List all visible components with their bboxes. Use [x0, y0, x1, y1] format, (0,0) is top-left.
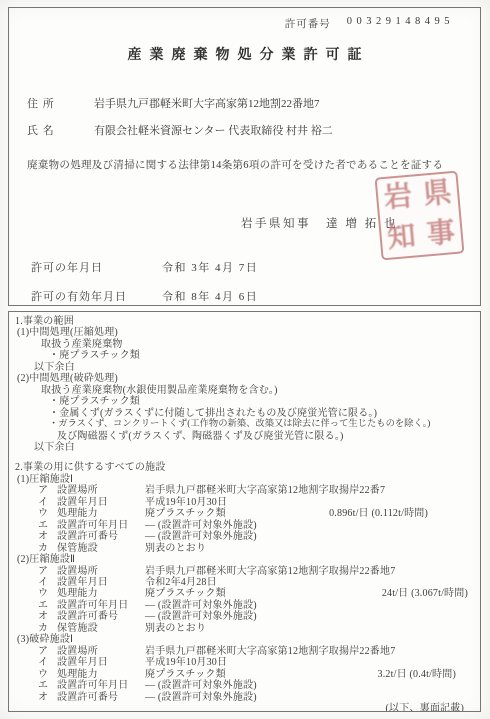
permit-number-row: 許可番号 00329148495: [285, 16, 454, 31]
scope-heading: 1.事業の範囲: [15, 316, 474, 327]
scope-line: 以下余白: [15, 362, 474, 373]
facility-row: ウ 処理能力 廃プラスチック類 0.896t/日 (0.112t/時間): [15, 508, 474, 519]
row-label: 設置年月日: [57, 577, 145, 588]
row-value: ― (設置許可対象外施設): [145, 692, 257, 703]
row-key: ア: [38, 566, 57, 577]
facility-row: ア 設置場所 岩手県九戸郡軽米町大字高家第12地割字取揚岸22番7: [15, 485, 474, 496]
row-key: ウ: [38, 508, 57, 519]
facility-row: ア 設置場所 岩手県九戸郡軽米町大字高家第12地割字取揚岸22番地7: [15, 646, 474, 657]
issuer-row: 岩手県知事 達 増 拓 也: [241, 215, 398, 231]
permit-number-value: 00329148495: [347, 16, 454, 31]
row-key: イ: [38, 497, 57, 508]
name-value: 有限会社軽米資源センター 代表取締役 村井 裕二: [94, 122, 333, 138]
scope-line: (2)中間処理(破砕処理): [15, 373, 474, 384]
row-key: オ: [38, 531, 57, 542]
row-label: 保管施設: [57, 623, 145, 634]
row-value: 岩手県九戸郡軽米町大字高家第12地割字取揚岸22番地7: [145, 566, 395, 577]
row-value: 別表のとおり: [145, 623, 206, 634]
row-value: ― (設置許可対象外施設): [145, 680, 257, 691]
row-label: 設置許可番号: [57, 692, 145, 703]
governor-seal-stamp: 岩 県 知 事: [375, 171, 465, 261]
row-label: 設置許可番号: [57, 531, 145, 542]
row-key: エ: [38, 520, 57, 531]
expiry-date-row: 許可の有効年月日 令和 8年 4月 6日: [31, 288, 258, 304]
facility-row: イ 設置年月日 令和2年4月28日: [15, 577, 474, 588]
scope-line: 以下余白: [15, 442, 474, 453]
expiry-date-value: 令和 8年 4月 6日: [162, 288, 258, 304]
certificate-panel: 許可番号 00329148495 産業廃棄物処分業許可証 住 所 岩手県九戸郡軽…: [8, 7, 481, 306]
row-key: エ: [38, 680, 57, 691]
row-value: 廃プラスチック類: [145, 508, 226, 519]
row-value: 岩手県九戸郡軽米町大字高家第12地割字取揚岸22番7: [145, 485, 385, 496]
row-label: 設置許可年月日: [57, 520, 145, 531]
row-value: 令和2年4月28日: [145, 577, 217, 588]
row-key: イ: [38, 657, 57, 668]
row-key: ウ: [38, 588, 57, 599]
row-key: エ: [38, 600, 57, 611]
name-label: 氏 名: [27, 122, 94, 138]
grant-date-label: 許可の年月日: [31, 259, 162, 275]
row-key: カ: [38, 623, 57, 634]
facility-title: (2)圧縮施設Ⅱ: [15, 554, 474, 565]
scope-line: (1)中間処理(圧縮処理): [15, 327, 474, 338]
facility-row: オ 設置許可番号 ― (設置許可対象外施設): [15, 531, 474, 542]
grant-date-row: 許可の年月日 令和 3年 4月 7日: [31, 259, 258, 275]
scope-line: 取扱う産業廃棄物: [15, 339, 474, 350]
scope-line: 及び陶磁器くず(ガラスくず、陶磁器くず及び廃蛍光管に限る。): [15, 431, 474, 442]
row-value: ― (設置許可対象外施設): [145, 520, 257, 531]
facility-row: カ 保管施設 別表のとおり: [15, 543, 474, 554]
row-key: オ: [38, 611, 57, 622]
scope-line: ・廃プラスチック類: [15, 350, 474, 361]
row-label: 処理能力: [57, 669, 145, 680]
facility-row: カ 保管施設 別表のとおり: [15, 623, 474, 634]
row-label: 設置場所: [57, 485, 145, 496]
row-value: 平成19年10月30日: [145, 497, 227, 508]
row-value: ― (設置許可対象外施設): [145, 611, 257, 622]
row-value: 岩手県九戸郡軽米町大字高家第12地割字取揚岸22番地7: [145, 646, 395, 657]
holder-name-row: 氏 名 有限会社軽米資源センター 代表取締役 村井 裕二: [27, 122, 333, 138]
scope-line: ・ガラスくず、コンクリートくず(工作物の新築、改築又は除去に伴って生じたものを除…: [15, 419, 474, 430]
row-key: ア: [38, 646, 57, 657]
document-title: 産業廃棄物処分業許可証: [9, 44, 480, 64]
row-value: 廃プラスチック類: [145, 588, 226, 599]
row-key: オ: [38, 692, 57, 703]
reverse-side-note: (以下、裏面記載): [15, 703, 474, 712]
holder-address-row: 住 所 岩手県九戸郡軽米町大字高家第12地割22番地7: [27, 95, 320, 111]
permit-document: 許可番号 00329148495 産業廃棄物処分業許可証 住 所 岩手県九戸郡軽…: [0, 0, 490, 719]
seal-character: 事: [420, 213, 463, 253]
facility-row: ウ 処理能力 廃プラスチック類 24t/日 (3.067t/時間): [15, 588, 474, 599]
scope-line: ・金属くず(ガラスくずに付随して排出されたもの及び廃蛍光管に限る。): [15, 408, 474, 419]
row-label: 処理能力: [57, 508, 145, 519]
facility-row: オ 設置許可番号 ― (設置許可対象外施設): [15, 692, 474, 703]
seal-character: 知: [380, 217, 423, 257]
issuer-title: 岩手県知事: [241, 215, 311, 231]
expiry-date-label: 許可の有効年月日: [31, 288, 162, 304]
facilities-heading: 2.事業の用に供するすべての施設: [15, 462, 474, 473]
row-value: 廃プラスチック類: [145, 669, 226, 680]
facility-row: ア 設置場所 岩手県九戸郡軽米町大字高家第12地割字取揚岸22番地7: [15, 566, 474, 577]
scope-line: ・廃プラスチック類: [15, 396, 474, 407]
row-key: カ: [38, 543, 57, 554]
row-label: 処理能力: [57, 588, 145, 599]
row-label: 設置許可年月日: [57, 680, 145, 691]
row-label: 設置許可年月日: [57, 600, 145, 611]
certification-statement: 廃棄物の処理及び清掃に関する法律第14条第6項の許可を受けた者であることを証する: [27, 157, 443, 172]
row-label: 設置許可番号: [57, 611, 145, 622]
address-label: 住 所: [27, 95, 94, 111]
facility-title: (1)圧縮施設Ⅰ: [15, 474, 474, 485]
facility-row: イ 設置年月日 平成19年10月30日: [15, 497, 474, 508]
details-panel: 1.事業の範囲 (1)中間処理(圧縮処理) 取扱う産業廃棄物 ・廃プラスチック類…: [8, 311, 481, 712]
grant-date-value: 令和 3年 4月 7日: [162, 259, 258, 275]
facility-row: ウ 処理能力 廃プラスチック類 3.2t/日 (0.4t/時間): [15, 669, 474, 680]
row-value: ― (設置許可対象外施設): [145, 600, 257, 611]
row-label: 設置年月日: [57, 497, 145, 508]
address-value: 岩手県九戸郡軽米町大字高家第12地割22番地7: [94, 95, 320, 111]
capacity-value: 0.896t/日 (0.112t/時間): [329, 508, 428, 519]
seal-character: 県: [416, 174, 459, 214]
row-value: 別表のとおり: [145, 543, 206, 554]
row-key: イ: [38, 577, 57, 588]
row-value: ― (設置許可対象外施設): [145, 531, 257, 542]
row-label: 保管施設: [57, 543, 145, 554]
facility-row: エ 設置許可年月日 ― (設置許可対象外施設): [15, 600, 474, 611]
facility-row: エ 設置許可年月日 ― (設置許可対象外施設): [15, 680, 474, 691]
facility-title: (3)破砕施設Ⅰ: [15, 634, 474, 645]
row-label: 設置年月日: [57, 657, 145, 668]
row-label: 設置場所: [57, 566, 145, 577]
capacity-value: 24t/日 (3.067t/時間): [382, 588, 468, 599]
scope-line: 取扱う産業廃棄物(水銀使用製品産業廃棄物を含む。): [15, 385, 474, 396]
permit-number-label: 許可番号: [285, 16, 331, 31]
capacity-value: 3.2t/日 (0.4t/時間): [378, 669, 456, 680]
row-key: ア: [38, 485, 57, 496]
facility-row: エ 設置許可年月日 ― (設置許可対象外施設): [15, 520, 474, 531]
seal-character: 岩: [377, 177, 420, 217]
row-key: ウ: [38, 669, 57, 680]
row-label: 設置場所: [57, 646, 145, 657]
row-value: 平成19年10月30日: [145, 657, 227, 668]
facility-row: オ 設置許可番号 ― (設置許可対象外施設): [15, 611, 474, 622]
facility-row: イ 設置年月日 平成19年10月30日: [15, 657, 474, 668]
